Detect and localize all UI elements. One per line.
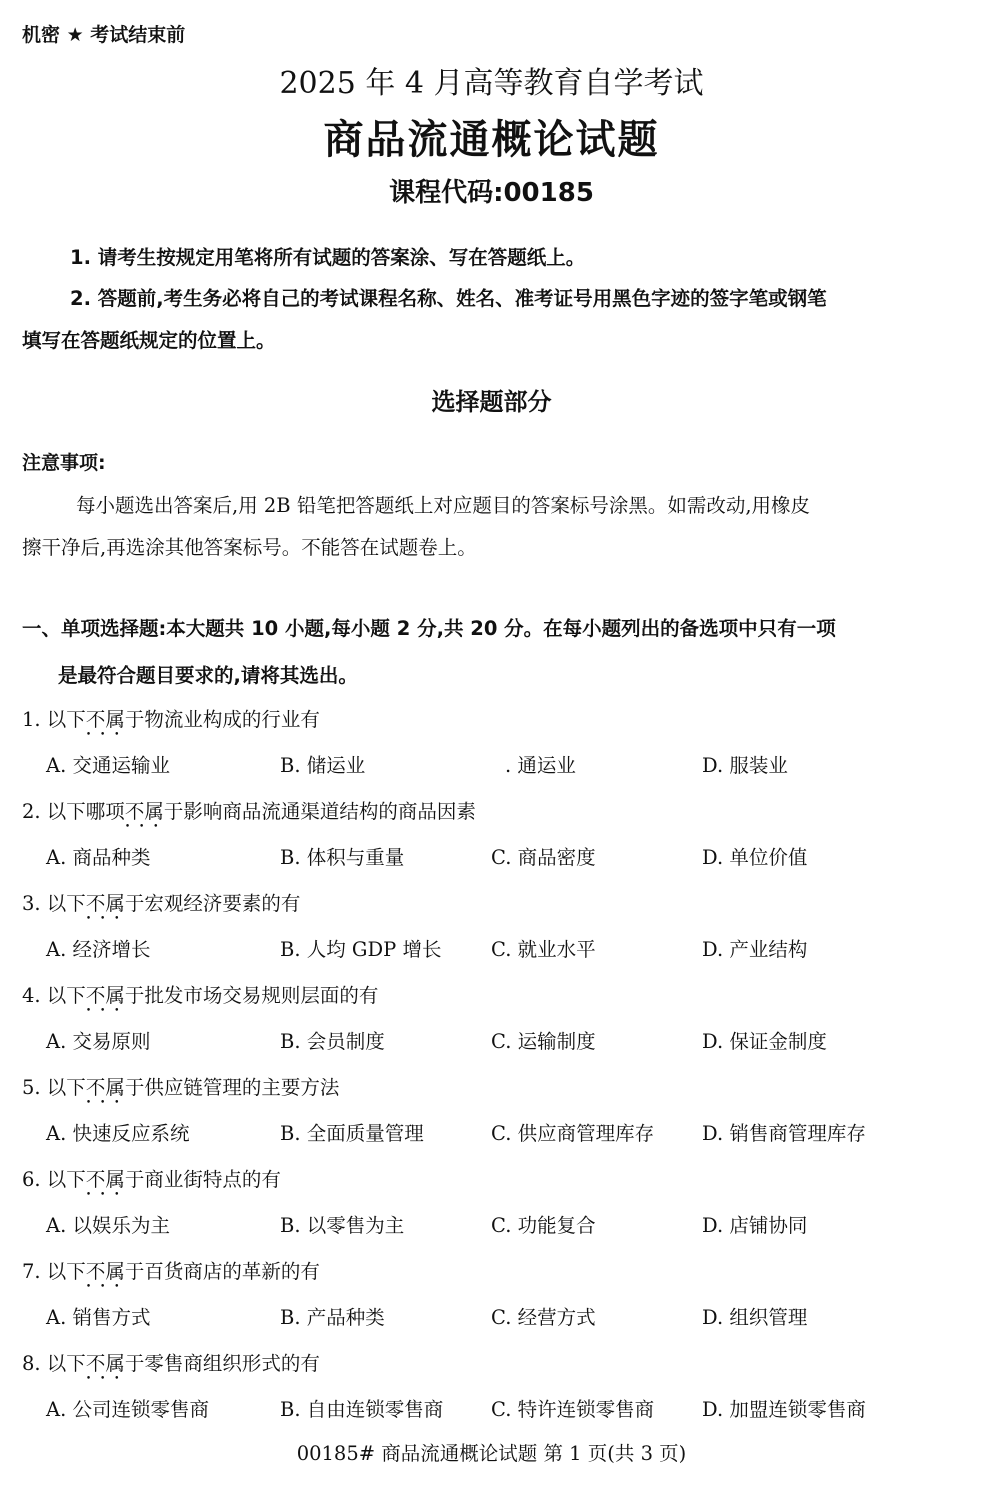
exam-title: 2025 年 4 月高等教育自学考试 bbox=[0, 58, 983, 102]
emphasis-text: 不属于 bbox=[86, 1260, 145, 1283]
option-d: D. 加盟连锁零售商 bbox=[702, 1394, 866, 1422]
question-prefix: 3. 以下 bbox=[22, 892, 86, 915]
question-suffix: 商业街特点的有 bbox=[144, 1168, 281, 1191]
option-b: B. 以零售为主 bbox=[280, 1210, 404, 1238]
question-prefix: 5. 以下 bbox=[22, 1076, 86, 1099]
question-prefix: 6. 以下 bbox=[22, 1168, 86, 1191]
option-a: A. 交易原则 bbox=[46, 1026, 150, 1054]
option-b: B. 产品种类 bbox=[280, 1302, 385, 1330]
option-c: . 通运业 bbox=[505, 750, 576, 778]
option-c: C. 经营方式 bbox=[491, 1302, 596, 1330]
question-stem: 5. 以下不属于供应链管理的主要方法 bbox=[22, 1072, 339, 1100]
question-suffix: 供应链管理的主要方法 bbox=[144, 1076, 339, 1099]
option-d: D. 产业结构 bbox=[702, 934, 807, 962]
option-c: C. 功能复合 bbox=[491, 1210, 596, 1238]
option-d: D. 店铺协同 bbox=[702, 1210, 807, 1238]
part-heading-line2: 是最符合题目要求的,请将其选出。 bbox=[58, 660, 358, 688]
question-stem: 7. 以下不属于百货商店的革新的有 bbox=[22, 1256, 320, 1284]
question-stem: 2. 以下哪项不属于影响商品流通渠道结构的商品因素 bbox=[22, 796, 476, 824]
emphasis-text: 不属于 bbox=[125, 800, 184, 823]
part-heading-line1: 一、单项选择题:本大题共 10 小题,每小题 2 分,共 20 分。在每小题列出… bbox=[22, 613, 836, 641]
option-d: D. 服装业 bbox=[702, 750, 788, 778]
emphasis-text: 不属于 bbox=[86, 708, 145, 731]
question-prefix: 8. 以下 bbox=[22, 1352, 86, 1375]
option-a: A. 商品种类 bbox=[46, 842, 150, 870]
emphasis-text: 不属于 bbox=[86, 1076, 145, 1099]
course-code: 课程代码:00185 bbox=[0, 172, 983, 209]
question-stem: 8. 以下不属于零售商组织形式的有 bbox=[22, 1348, 320, 1376]
option-c: C. 商品密度 bbox=[491, 842, 596, 870]
question-suffix: 批发市场交易规则层面的有 bbox=[144, 984, 378, 1007]
question-stem: 4. 以下不属于批发市场交易规则层面的有 bbox=[22, 980, 378, 1008]
option-d: D. 保证金制度 bbox=[702, 1026, 827, 1054]
question-suffix: 零售商组织形式的有 bbox=[144, 1352, 320, 1375]
notice-heading: 注意事项: bbox=[22, 448, 106, 475]
option-a: A. 以娱乐为主 bbox=[46, 1210, 170, 1238]
notice-line-2: 擦干净后,再选涂其他答案标号。不能答在试题卷上。 bbox=[22, 532, 477, 560]
option-a: A. 交通运输业 bbox=[46, 750, 170, 778]
option-a: A. 公司连锁零售商 bbox=[46, 1394, 209, 1422]
option-a: A. 销售方式 bbox=[46, 1302, 150, 1330]
option-a: A. 经济增长 bbox=[46, 934, 150, 962]
question-prefix: 7. 以下 bbox=[22, 1260, 86, 1283]
question-stem: 1. 以下不属于物流业构成的行业有 bbox=[22, 704, 320, 732]
option-d: D. 组织管理 bbox=[702, 1302, 807, 1330]
question-stem: 3. 以下不属于宏观经济要素的有 bbox=[22, 888, 300, 916]
confidential-label: 机密 ★ 考试结束前 bbox=[22, 20, 185, 47]
instruction-1: 1. 请考生按规定用笔将所有试题的答案涂、写在答题纸上。 bbox=[70, 242, 585, 270]
option-b: B. 人均 GDP 增长 bbox=[280, 934, 441, 962]
question-suffix: 宏观经济要素的有 bbox=[144, 892, 300, 915]
instruction-2-line1: 2. 答题前,考生务必将自己的考试课程名称、姓名、准考证号用黑色字迹的签字笔或钢… bbox=[70, 283, 827, 311]
question-suffix: 影响商品流通渠道结构的商品因素 bbox=[183, 800, 476, 823]
option-c: C. 运输制度 bbox=[491, 1026, 596, 1054]
subject-title: 商品流通概论试题 bbox=[0, 108, 983, 165]
instruction-2-line2: 填写在答题纸规定的位置上。 bbox=[22, 325, 276, 353]
option-a: A. 快速反应系统 bbox=[46, 1118, 189, 1146]
question-prefix: 2. 以下哪项 bbox=[22, 800, 125, 823]
option-c: C. 供应商管理库存 bbox=[491, 1118, 654, 1146]
page-footer: 00185# 商品流通概论试题 第 1 页(共 3 页) bbox=[0, 1438, 983, 1466]
notice-line-1: 每小题选出答案后,用 2B 铅笔把答题纸上对应题目的答案标号涂黑。如需改动,用橡… bbox=[76, 490, 810, 518]
emphasis-text: 不属于 bbox=[86, 984, 145, 1007]
option-b: B. 储运业 bbox=[280, 750, 365, 778]
option-b: B. 全面质量管理 bbox=[280, 1118, 424, 1146]
option-b: B. 会员制度 bbox=[280, 1026, 385, 1054]
question-stem: 6. 以下不属于商业街特点的有 bbox=[22, 1164, 281, 1192]
option-c: C. 就业水平 bbox=[491, 934, 596, 962]
emphasis-text: 不属于 bbox=[86, 892, 145, 915]
option-b: B. 自由连锁零售商 bbox=[280, 1394, 443, 1422]
option-c: C. 特许连锁零售商 bbox=[491, 1394, 654, 1422]
question-prefix: 4. 以下 bbox=[22, 984, 86, 1007]
emphasis-text: 不属于 bbox=[86, 1168, 145, 1191]
section-title: 选择题部分 bbox=[0, 382, 983, 417]
option-d: D. 单位价值 bbox=[702, 842, 807, 870]
option-b: B. 体积与重量 bbox=[280, 842, 404, 870]
question-suffix: 物流业构成的行业有 bbox=[144, 708, 320, 731]
question-suffix: 百货商店的革新的有 bbox=[144, 1260, 320, 1283]
question-prefix: 1. 以下 bbox=[22, 708, 86, 731]
emphasis-text: 不属于 bbox=[86, 1352, 145, 1375]
option-d: D. 销售商管理库存 bbox=[702, 1118, 866, 1146]
